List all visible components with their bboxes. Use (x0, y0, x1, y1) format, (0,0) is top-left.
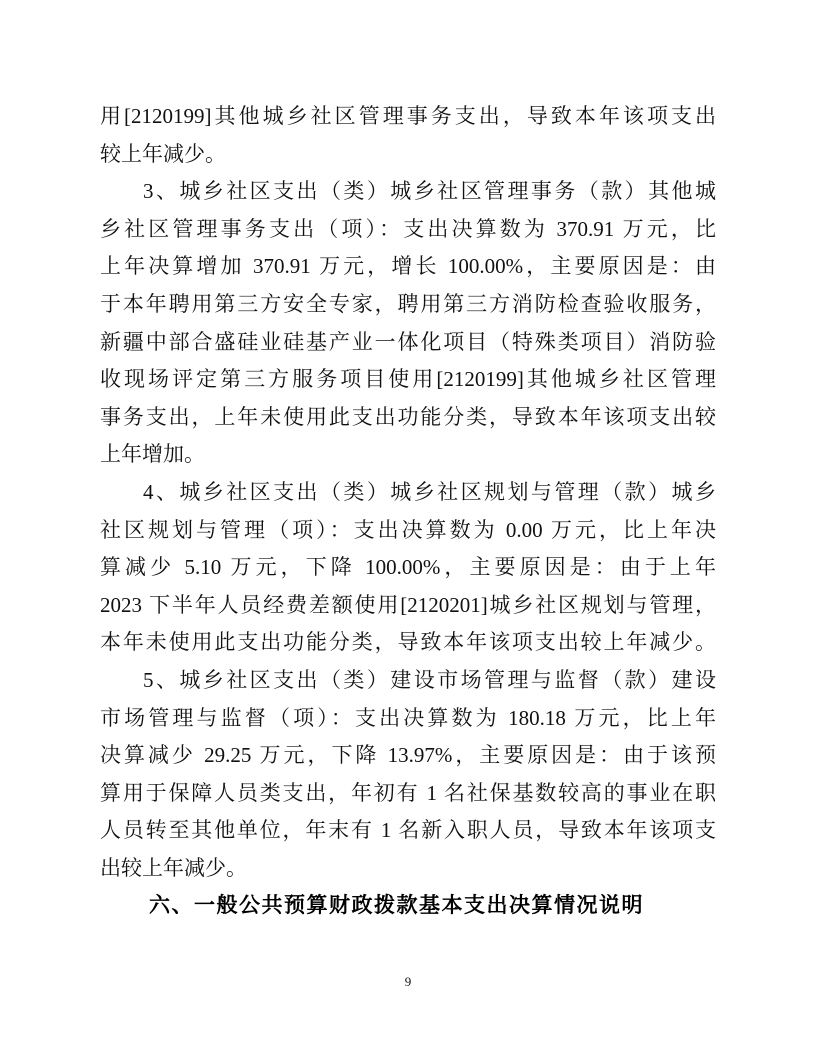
document-line: 市场管理与监督（项）：支出决算数为 180.18 万元，比上年 (100, 700, 716, 738)
document-line: 人员转至其他单位，年末有 1 名新入职人员，导致本年该项支 (100, 812, 716, 850)
document-line: 2023 下半年人员经费差额使用[2120201]城乡社区规划与管理， (100, 587, 716, 625)
document-line: 上年决算增加 370.91 万元，增长 100.00%，主要原因是：由 (100, 248, 716, 286)
document-line: 新疆中部合盛硅业硅基产业一体化项目（特殊类项目）消防验 (100, 324, 716, 362)
document-line: 本年未使用此支出功能分类，导致本年该项支出较上年减少。 (100, 624, 716, 662)
document-page: 用[2120199]其他城乡社区管理事务支出，导致本年该项支出较上年减少。3、城… (0, 0, 816, 1056)
document-line: 4、城乡社区支出（类）城乡社区规划与管理（款）城乡 (100, 474, 716, 512)
page-number: 9 (0, 972, 816, 992)
document-line: 乡社区管理事务支出（项）：支出决算数为 370.91 万元，比 (100, 211, 716, 249)
section-heading: 六、一般公共预算财政拨款基本支出决算情况说明 (100, 887, 716, 925)
document-line: 算用于保障人员类支出，年初有 1 名社保基数较高的事业在职 (100, 775, 716, 813)
document-line: 5、城乡社区支出（类）建设市场管理与监督（款）建设 (100, 662, 716, 700)
document-line: 用[2120199]其他城乡社区管理事务支出，导致本年该项支出 (100, 98, 716, 136)
document-line: 事务支出，上年未使用此支出功能分类，导致本年该项支出较 (100, 399, 716, 437)
document-line: 上年增加。 (100, 436, 716, 474)
document-line: 3、城乡社区支出（类）城乡社区管理事务（款）其他城 (100, 173, 716, 211)
document-body: 用[2120199]其他城乡社区管理事务支出，导致本年该项支出较上年减少。3、城… (100, 98, 716, 925)
document-line: 决算减少 29.25 万元，下降 13.97%，主要原因是：由于该预 (100, 737, 716, 775)
document-line: 较上年减少。 (100, 136, 716, 174)
document-line: 出较上年减少。 (100, 850, 716, 888)
document-line: 于本年聘用第三方安全专家，聘用第三方消防检查验收服务， (100, 286, 716, 324)
document-line: 社区规划与管理（项）：支出决算数为 0.00 万元，比上年决 (100, 512, 716, 550)
document-line: 收现场评定第三方服务项目使用[2120199]其他城乡社区管理 (100, 361, 716, 399)
document-line: 算减少 5.10 万元，下降 100.00%，主要原因是：由于上年 (100, 549, 716, 587)
